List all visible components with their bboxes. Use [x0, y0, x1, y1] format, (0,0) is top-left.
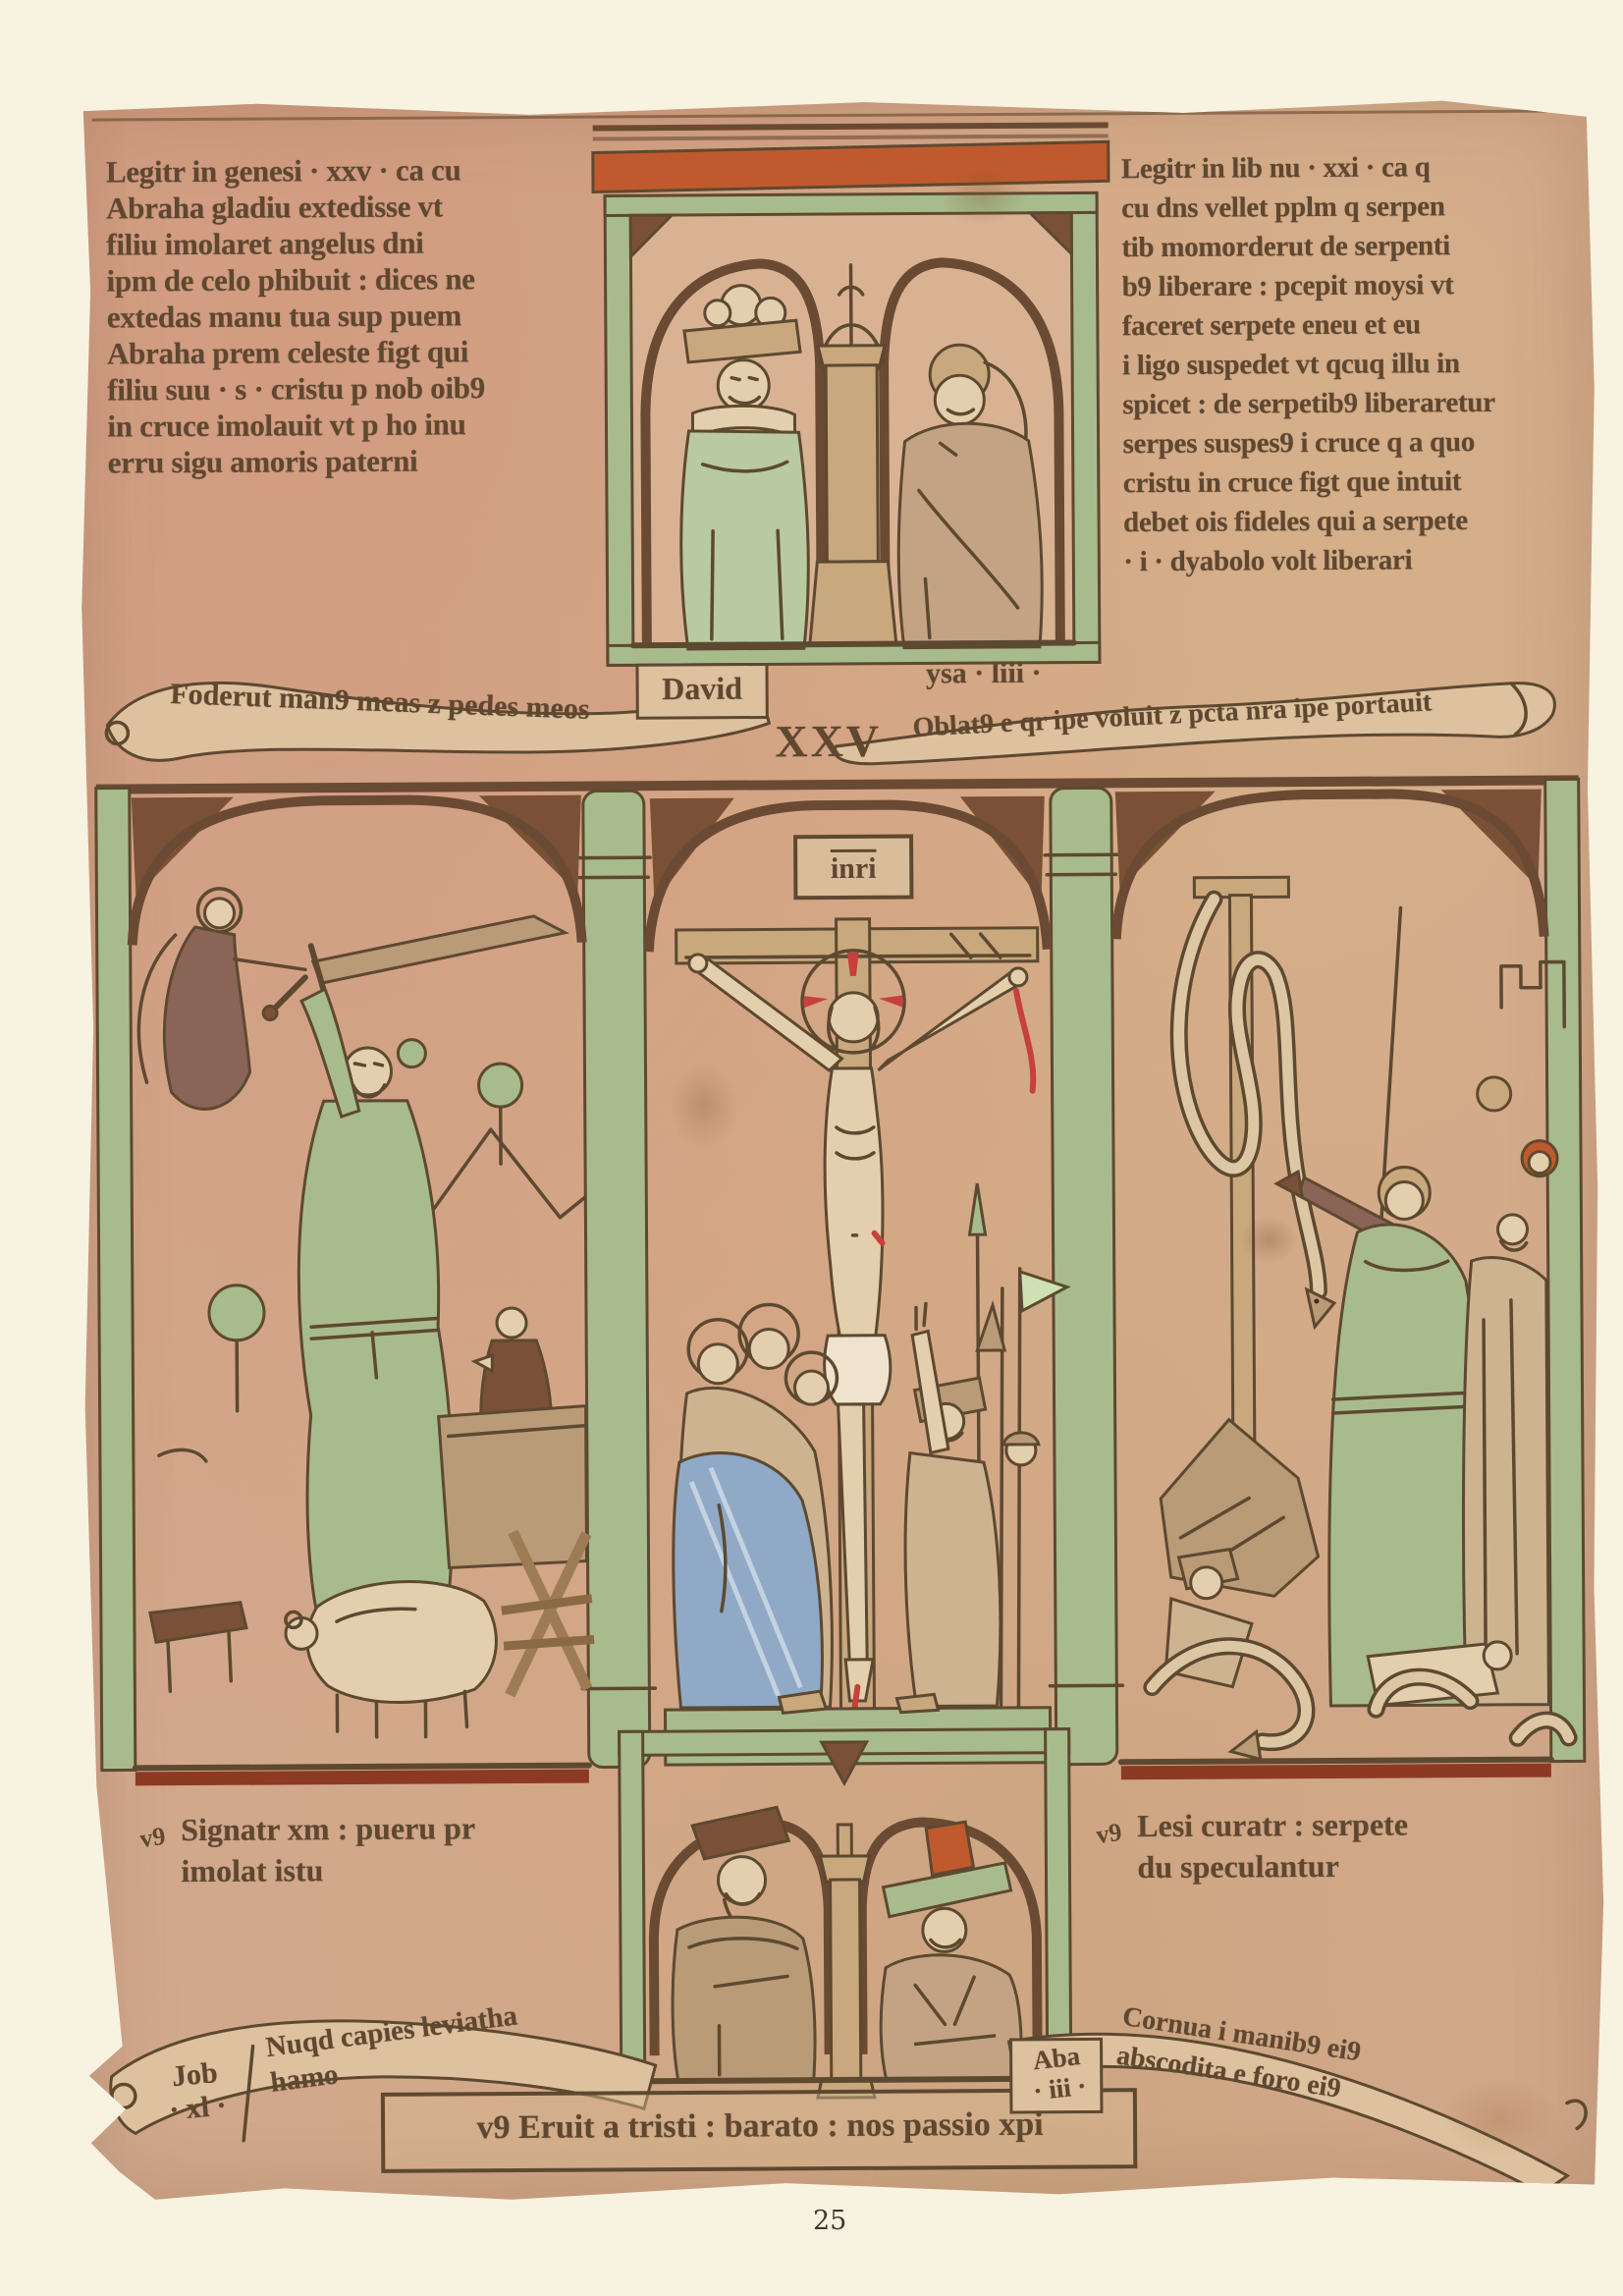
david-label: David [647, 671, 757, 708]
verse-right-text: Lesi curatr : serpete du speculantur [1137, 1803, 1408, 1887]
lection-right: Legitr in lib nu · xxi · ca q cu dns vel… [1121, 146, 1590, 581]
sacrifice-of-isaac-scene [138, 887, 595, 1739]
triptych-woodcut: inri [86, 769, 1595, 1789]
job-label: Job · xl · [144, 2054, 248, 2130]
abraham-figure [298, 988, 455, 1633]
bottom-banner-row: Nuqd capies leviatha hamo Job · xl · v9 … [87, 1940, 1605, 2204]
versus-mark: v9 [135, 1808, 173, 1893]
blood-stream [1016, 991, 1033, 1091]
versus-mark: v9 [1092, 1804, 1129, 1889]
top-prophets-woodcut [593, 116, 1112, 688]
crucifixion-scene: inri [660, 836, 1070, 1765]
plate-numeral: XXV [775, 715, 882, 768]
serpent-pole-icon [1178, 877, 1335, 1446]
soldiers-group [903, 1183, 1070, 1707]
prophet-david-figure [679, 285, 809, 649]
verse-left: v9 Signatr xm : pueru pr imolat istu [141, 1806, 673, 1891]
mourners-group [672, 1304, 839, 1708]
facsimile-page: Legitr in genesi · xxv · ca cu Abraha gl… [0, 0, 1623, 2296]
brazen-serpent-scene [1147, 875, 1568, 1760]
page-number: 25 [813, 2206, 846, 2236]
verse-right: v9 Lesi curatr : serpete du speculantur [1098, 1802, 1590, 1887]
center-banner-text: v9 Eruit a tristi : barato : nos passio … [399, 2105, 1121, 2147]
isaiah-label: ysa · liii · [926, 657, 1042, 691]
moses-figure [1275, 907, 1491, 1706]
verse-left-text: Signatr xm : pueru pr imolat istu [181, 1807, 475, 1891]
lection-left: Legitr in genesi · xxv · ca cu Abraha gl… [106, 150, 648, 480]
bench-icon [149, 1449, 246, 1691]
svg-text:inri: inri [831, 852, 877, 885]
top-banner-row: Foderut man9 meas z pedes meos David XXV… [85, 631, 1587, 792]
habakkuk-label: Aba · iii · [1014, 2039, 1103, 2108]
titulus-inri: inri [795, 837, 911, 899]
woodcut-sheet: Legitr in genesi · xxv · ca cu Abraha gl… [74, 93, 1606, 2206]
